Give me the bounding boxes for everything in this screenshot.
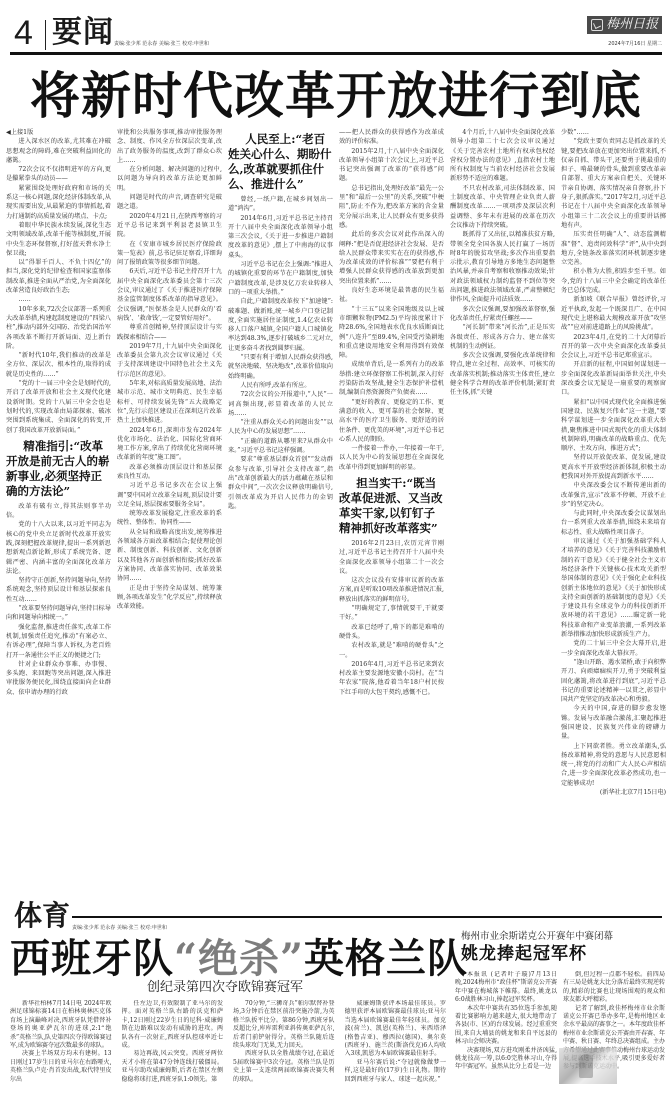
paragraph: 审批和公共服务事项,推动审批服务理念、制度、作风全方位深层次变革,改出了政务服务… — [117, 128, 222, 165]
newspaper-page: 4 要闻 责编:张少邦 范永春 美编:张兰 校对:申世和 梅州日报 2024年7… — [0, 0, 672, 1100]
paragraph: “党政主要负责同志是抓改革的关键,要把改革放在更加突出位置来抓,不仅亲自抓、带头… — [561, 137, 666, 230]
paragraph: “只要有利于增加人民群众获得感,就坚决地破、坚决地改”,改革价值取向始终明确。 — [228, 353, 333, 381]
paragraph: …… — [6, 295, 111, 304]
sports-headline-quote: “绝杀” — [174, 935, 304, 982]
paragraph: 习近平总书记在会上强调:“推进人的城镇化重要的环节在户籍制度,加快户籍制度改革,… — [228, 260, 333, 297]
paragraph: 以“得罪千百人、不负十四亿”的担当,深化党的纪律检查和国家监察体制改革,推进全面… — [6, 258, 111, 295]
paragraph: 改革必须推动顶层设计和基层探索良性互动。 — [117, 463, 222, 482]
section-title: 要闻 — [52, 16, 114, 50]
paragraph: 开启新的征程,中国如何谋划进一步全面深化改革新局面举世关注,中央深改委会议无疑是… — [561, 360, 666, 397]
paragraph: 少数”…… — [561, 128, 666, 137]
paragraph: 决赛现场,双方进攻刚柔并济凶猛,姚龙技高一筹,以6:0完胜林习山,夺得年中赛冠军… — [455, 1047, 557, 1072]
paragraph: 易边再战,风云突变。西班牙两位天才小将在第47分钟连线打破僵局。亚马尔助攻威廉姆… — [122, 1050, 224, 1084]
sports-column: 任左边卫,有效限制了亚马尔的发挥。面对英格兰队右路的沃克和萨卡,12日刚过22岁… — [122, 1000, 224, 1098]
sports-rule — [72, 916, 662, 918]
paragraph: 在分析问题、解决问题的过程中,以问题为导向的改革方法论更加鲜明。 — [117, 165, 222, 193]
paragraph: 多次会议强调,要加强改革督察,强化改革责任,拧紧责任螺丝—— — [450, 305, 555, 324]
paragraph: 此后的多次会议对此作出深入的阐释:“把是否促进经济社会发展、是否给人民群众带来实… — [339, 230, 444, 286]
paragraph: 坚持以开放促改革、促发展,建设更高水平开放型经济新体制,积极主动把我国对外开放提… — [561, 453, 666, 481]
paragraph: 亚马尔赛后说:“夺冠就像做梦一样,这是最好的(17岁)生日礼物。期待回到西班牙与… — [345, 1059, 447, 1084]
paragraph: 紧扣“以中国式现代化全面推进强国建设、民族复兴伟业”这一主题,“要科学谋划进一步… — [561, 398, 666, 454]
lead-column: 审批和公共服务事项,推动审批服务理念、制度、作风全方位深层次变革,改出了政务服务… — [117, 128, 222, 854]
masthead-rule — [10, 52, 662, 55]
page-number: 4 — [14, 16, 33, 50]
sports-section-title: 体育 — [14, 900, 70, 932]
paragraph: 总书记指出,处理好改革“最先一公里”和“最后一公里”的关系,突破“中梗阻”,防止… — [339, 184, 444, 230]
paragraph: 正是由于坚持全局谋划、统筹兼顾,各项改革发生“化学反应”,持续释放改革效能。 — [117, 584, 222, 612]
paragraph: 5年来,对标高质量发展高地、法治城市示范、城市文明典范、民生幸福标杆、可持续发展… — [117, 379, 222, 425]
paragraph: “河长制”带来“河长治”,正是压实各级责任、形成各方合力、建立落实机制的生动例证… — [450, 323, 555, 351]
sports-headline-pre: 西班牙队 — [10, 935, 174, 982]
sidebar-column: 本报讯 (记者叶子璇)7月13日晚,2024梅州市“政佳杯”斯诺克公开赛年中赛在… — [455, 971, 557, 1089]
masthead: 4 要闻 责编:张少邦 范永春 美编:张兰 校对:申世和 梅州日报 2024年7… — [10, 6, 662, 56]
paragraph: “新时代10年,我们推动的改革是全方位、深层次、根本性的,取得的成就是历史性的…… — [6, 351, 111, 379]
sports-subtitle: 创纪录第四次夺欧锦赛冠军 — [0, 980, 450, 996]
logo-text: 梅州日报 — [606, 16, 658, 34]
editor-credits: 责编:张少邦 范永春 美编:张兰 校对:申世和 — [114, 40, 209, 47]
lead-column: 少数”……“党政主要负责同志是抓改革的关键,要把改革放在更加突出位置来抓,不仅亲… — [561, 128, 666, 854]
paragraph: 审议通过《关于加强基础学科人才培养的意见》《关于完善科技激励机制的若干意见》《关… — [561, 537, 666, 639]
lead-story-body: ◀上接1版进入深水区的改革,尤其难在冲破思想观念的障碍,难在突破利益固化的藩篱。… — [6, 128, 666, 854]
lead-column: ——把人民群众的获得感作为改革成效的评价标准。2015年2月,十八届中央全面深化… — [339, 128, 444, 854]
snooker-photo — [559, 1048, 617, 1084]
paragraph: 人民有所呼,改革有所应。 — [228, 381, 333, 390]
masthead-divider — [45, 20, 46, 50]
paragraph: 针对企业群众办事难、办事慢、多头跑、来回跑等突出问题,深入推进审批服务便民化,围… — [6, 660, 111, 697]
paragraph: 新华社柏林7月14日电 2024年欧洲足球锦标赛14日在柏林奥林匹克体育场上演巅… — [10, 1000, 112, 1050]
paragraph: 曾经,一纸户籍,在城乡间划出一道“鸿沟”。 — [228, 195, 333, 214]
paragraph: 4个月后,十八届中央全面深化改革领导小组第二十七次会议审议通过《关于完善农村土地… — [450, 128, 555, 184]
paragraph: 习近平总书记多次在会议上强调“要中国对立改革全局观,顶层设计要立足全局,基层探索… — [117, 481, 222, 509]
paragraph: 压实责任明确“人”、动态监测精准“督”、追责问效科学“评”,从中央到地方,全链条… — [561, 230, 666, 267]
issue-date: 2024年7月16日 星期二 — [608, 40, 662, 47]
paragraph: 统筹改革发展稳定,注重改革的系统性、整体性、协同性—— — [117, 509, 222, 528]
paragraph: 2019年7月,十九届中央全面深化改革委员会第九次会议审议通过《关于支持深圳建设… — [117, 342, 222, 379]
paragraph: 强化监督,推进责任落实,改革工作机制,加强责任追究,推动“有案必立、有诉必理”,… — [6, 623, 111, 660]
subheading: 担当实干:“既当改革促进派、又当改革实干家,以钉钉子精神抓好改革落实” — [339, 476, 444, 536]
paragraph: 坚持守正创新,坚持问题导向,坚持系统观念,坚持顶层设计和基层探索良性互动…… — [6, 576, 111, 604]
sports-editor-credits: 责编:张少邦 范永春 美编:张兰 校对:申世和 — [72, 924, 167, 931]
paragraph: 2016年2月23日,农历元宵节刚过,习近平总书记主持召开十八届中央全面深化改革… — [339, 539, 444, 576]
sidebar-kicker: 梅州市业余斯诺克公开赛年中赛闭幕 — [461, 930, 665, 943]
sports-headline: 西班牙队“绝杀”英格兰队 — [10, 937, 450, 981]
paragraph: “正确的道路从哪里来?从群众中来。”习近平总书记这样强调。 — [228, 437, 333, 456]
paragraph: 本次年中赛共有35位选手参加,随着比赛影响力越来越大,很大地带动了各县(市、区)… — [455, 1005, 557, 1047]
paragraph: 积小胜为大胜,积跬步至千里。如今,党的十八届三中全会确定的改革任务已总体完成。 — [561, 267, 666, 295]
paragraph: “明确规定了,事情就要干,干就要干好。” — [339, 604, 444, 623]
logo-emblem-icon — [591, 19, 603, 31]
subheading: 人民至上:“老百姓关心什么、期盼什么,改革就要抓住什么、推进什么” — [228, 132, 333, 192]
paragraph: ——把人民群众的获得感作为改革成效的评价标准。 — [339, 128, 444, 147]
paragraph: “改革要坚持问题导向,坚持目标导向和问题导向相统一。” — [6, 604, 111, 623]
paragraph: 10年多来,72次会议部署一系列重大改革举措,构建起制度建设的“四梁八柱”,推动… — [6, 305, 111, 351]
lead-column: ◀上接1版进入深水区的改革,尤其难在冲破思想观念的障碍,难在突破利益固化的藩篱。… — [6, 128, 111, 854]
paragraph: 良好生态环境是最普惠的民生福祉。 — [339, 286, 444, 305]
sports-headline-post: 英格兰队 — [304, 935, 468, 982]
paragraph: 倒,但过程一点都不轻松。前四局有三局是姚龙大比分落后最终实现逆转的,精彩的比赛也… — [563, 971, 665, 1005]
paragraph: 西班牙队以全胜战绩夺冠,在最近5届欧锦赛中3次夺冠。英格兰队是历史上第一支连续两… — [233, 1050, 335, 1084]
paragraph: 在《安康市城乡居民医疗保险政策一览表》前,总书记驻足察看,详细询问了报销政策等很… — [117, 240, 222, 268]
newspaper-logo: 梅州日报 — [587, 16, 662, 34]
paragraph: 自此,户籍制度改革按下“加速键”:破难题、做新账,统一城乡户口登记制度,全面实施… — [228, 297, 333, 353]
paragraph: 任左边卫,有效限制了亚马尔的发挥。面对英格兰队右路的沃克和萨卡,12日刚过22岁… — [122, 1000, 224, 1050]
paragraph: 2016年4月,习近平总书记来到农村改革主要发源地安徽小岗村。在“当年农家”院落… — [339, 660, 444, 697]
lead-column: 人民至上:“老百姓关心什么、期盼什么,改革就要抓住什么、推进什么”曾经,一纸户籍… — [228, 128, 333, 854]
paragraph: 2014年6月,习近平总书记主持召开十八届中央全面深化改革领导小组第三次会议,《… — [228, 214, 333, 260]
paragraph: 威廉姆斯获评本场最佳球员。罗德里获评本届欧锦赛最佳球员;亚马尔当选本届欧锦赛最佳… — [345, 1000, 447, 1059]
paragraph: 党的二十届三中全会大幕开启,进一步全面深化改革大幕拉开。 — [561, 639, 666, 658]
paragraph: 72次会议不仅指明进军的方向,更是攥紧拳头的动员—— — [6, 165, 111, 184]
paragraph: “注重从群众关心的问题出发”“以人民为中心的发展思想”…… — [228, 418, 333, 437]
paragraph: 与此同时,中央深改委会议谋划出台一系列重大改革举措,围绕未来培育标志性、重大战略… — [561, 509, 666, 537]
lead-column: 4个月后,十八届中央全面深化改革领导小组第二十七次会议审议通过《关于完善农村土地… — [450, 128, 555, 854]
paragraph: 6天后,习近平总书记主持召开十九届中央全面深化改革委员会第十三次会议,审议通过了… — [117, 267, 222, 323]
paragraph: 改革已经呼了,啃下的都是难啃的硬骨头。 — [339, 623, 444, 642]
sports-column: 威廉姆斯获评本场最佳球员。罗德里获评本届欧锦赛最佳球员;亚马尔当选本届欧锦赛最佳… — [345, 1000, 447, 1098]
paragraph: 2015年2月,十八届中央全面深化改革领导小组第十次会议上,习近平总书记突出强调… — [339, 147, 444, 184]
paragraph: 改革有破有立,得其法则事半功倍。 — [6, 502, 111, 521]
subheading: 精准指引:“改革开放是前无古人的崭新事业,必须坚持正确的方法论” — [6, 439, 111, 499]
paragraph: 2020年4月21日,在陕西考察的习近平总书记来到平利县老县镇卫生院。 — [117, 212, 222, 240]
paragraph: 一件接着一件办,一年接着一年干,以人民为中心的发展思想在全面深化改革中得到更加鲜… — [339, 444, 444, 472]
sports-column: 新华社柏林7月14日电 2024年欧洲足球锦标赛14日在柏林奥林匹克体育场上演巅… — [10, 1000, 112, 1098]
sidebar-title: 姚龙捧起冠军杯 — [461, 943, 665, 965]
paragraph: “党的十一届三中全会是划时代的,开启了改革开放和社会主义现代化建设新时期。党的十… — [6, 379, 111, 435]
sports-story-body: 新华社柏林7月14日电 2024年欧洲足球锦标赛14日在柏林奥林匹克体育场上演巅… — [10, 1000, 446, 1098]
paragraph: 要求“尊重基层群众首创”“发动群众参与改革,引导社会支持改革”,指出“改革创新最… — [228, 455, 333, 511]
paragraph: 今天的中国,奋进的脚步愈发铿锵。发展与改革融合激荡,汇聚起推进强国建设、民族复兴… — [561, 704, 666, 741]
paragraph: 农村改革,就是“难啃的硬骨头”之一。 — [339, 641, 444, 660]
paragraph: 既抓得了又出征,以精准扶贫方略,带领全党全国各族人民打赢了一场历时8年的脱贫攻坚… — [450, 230, 555, 304]
paragraph: “更好的教育、更稳定的工作、更满意的收入、更可靠的社会保障、更高水平的医疗卫生服… — [339, 398, 444, 444]
paragraph: ◀上接1版 — [6, 128, 111, 137]
paragraph: 2023年4月,在党的二十大闭幕后召开的第一次中央全面深化改革委员会会议上,习近… — [561, 333, 666, 361]
paragraph: 决赛上半场双方均未有建树。13日刚过17岁生日的亚马尔在右路哑火,英格兰队卢克·… — [10, 1050, 112, 1084]
paragraph: 党的十八大以来,以习近平同志为核心的党中央立足新时代改革开放实践,深刻把握改革规… — [6, 520, 111, 576]
paragraph: (新华社北京7月15日电) — [561, 788, 666, 797]
paragraph: 这次会议没有安排审议新的改革方案,而是听取10项改革推进情况汇报,释放出抓落实的… — [339, 576, 444, 604]
paragraph: 2024年6月,深圳市发布2024年优化市场化、法治化、国际化营商环境工作方案,… — [117, 426, 222, 463]
paragraph: 本报讯 (记者叶子璇)7月13日晚,2024梅州市“政佳杯”斯诺克公开赛年中赛在… — [455, 971, 557, 1005]
paragraph: 多次会议强调,要强化改革统律和特点,建立全过程、高效率、可核实的改革落实机制;推… — [450, 351, 555, 397]
paragraph: 着眼中华民族永续发展,深化生态文明领域改革,改革千能等核制度,开展中央生态环保督… — [6, 221, 111, 258]
paragraph: 从全局和战略高度出发,统筹推进各领域各方面改革相结合;促使理论创新、制度创新、科… — [117, 528, 222, 584]
paragraph: 70分钟,“三狮奇兵”帕尔默替补登场,3分钟后在禁区前沿突施冷箭,为英格兰队扳平… — [233, 1000, 335, 1050]
paragraph: 不只农村改革,司法体制改革、国土制度改革、中央管理企业负责人薪酬制度改革……一项… — [450, 184, 555, 230]
paragraph: “逢山开路、遇水架桥,敢于向积弊开刀、向顽瘴痼疾开刀,勇于突破利益固化藩篱,将改… — [561, 658, 666, 704]
photo-figure — [579, 1054, 593, 1078]
paragraph: 进入深水区的改革,尤其难在冲破思想观念的障碍,难在突破利益固化的藩篱。 — [6, 137, 111, 165]
paragraph: 72次会议的公开报道中,“人民”一词高频出现,彰显着改革的人民立场…… — [228, 390, 333, 418]
paragraph: 紧紧围绕处理好政府和市场的关系这一核心问题,深化经济体制改革,从现实需要出发,从… — [6, 184, 111, 221]
paragraph: “十三五”以来全国地级及以上城市细颗粒物(PM2.5)平均浓度累计下降28.6%… — [339, 305, 444, 361]
paragraph: 成绩单背后,是一系列有力的改革举措:建立环保督察工作机制,深入打好污染防治攻坚战… — [339, 360, 444, 397]
paragraph: 问题是时代的声音,调查研究是破题之道。 — [117, 193, 222, 212]
sports-column: 70分钟,“三狮奇兵”帕尔默替补登场,3分钟后在禁区前沿突施冷箭,为英格兰队扳平… — [233, 1000, 335, 1098]
paragraph: 新加坡《联合早报》曾经评价,习近平执政,发起一个既深且广、在中国现代史上堪称最大… — [561, 295, 666, 332]
paragraph: 尊重首创精神,坚持顶层设计与实践探索相结合—— — [117, 323, 222, 342]
paragraph: 上下同欲者胜。勇立改革潮头,弘扬改革精神,将党的意愿与人民意愿相统一,将党的行动… — [561, 742, 666, 788]
lead-headline: 将新时代改革开放进行到底 — [0, 68, 672, 124]
paragraph: 中央深改委会议不断传递出新的改革强音,宣示“改革不停顿、开放不止步”的坚定决心。 — [561, 481, 666, 509]
